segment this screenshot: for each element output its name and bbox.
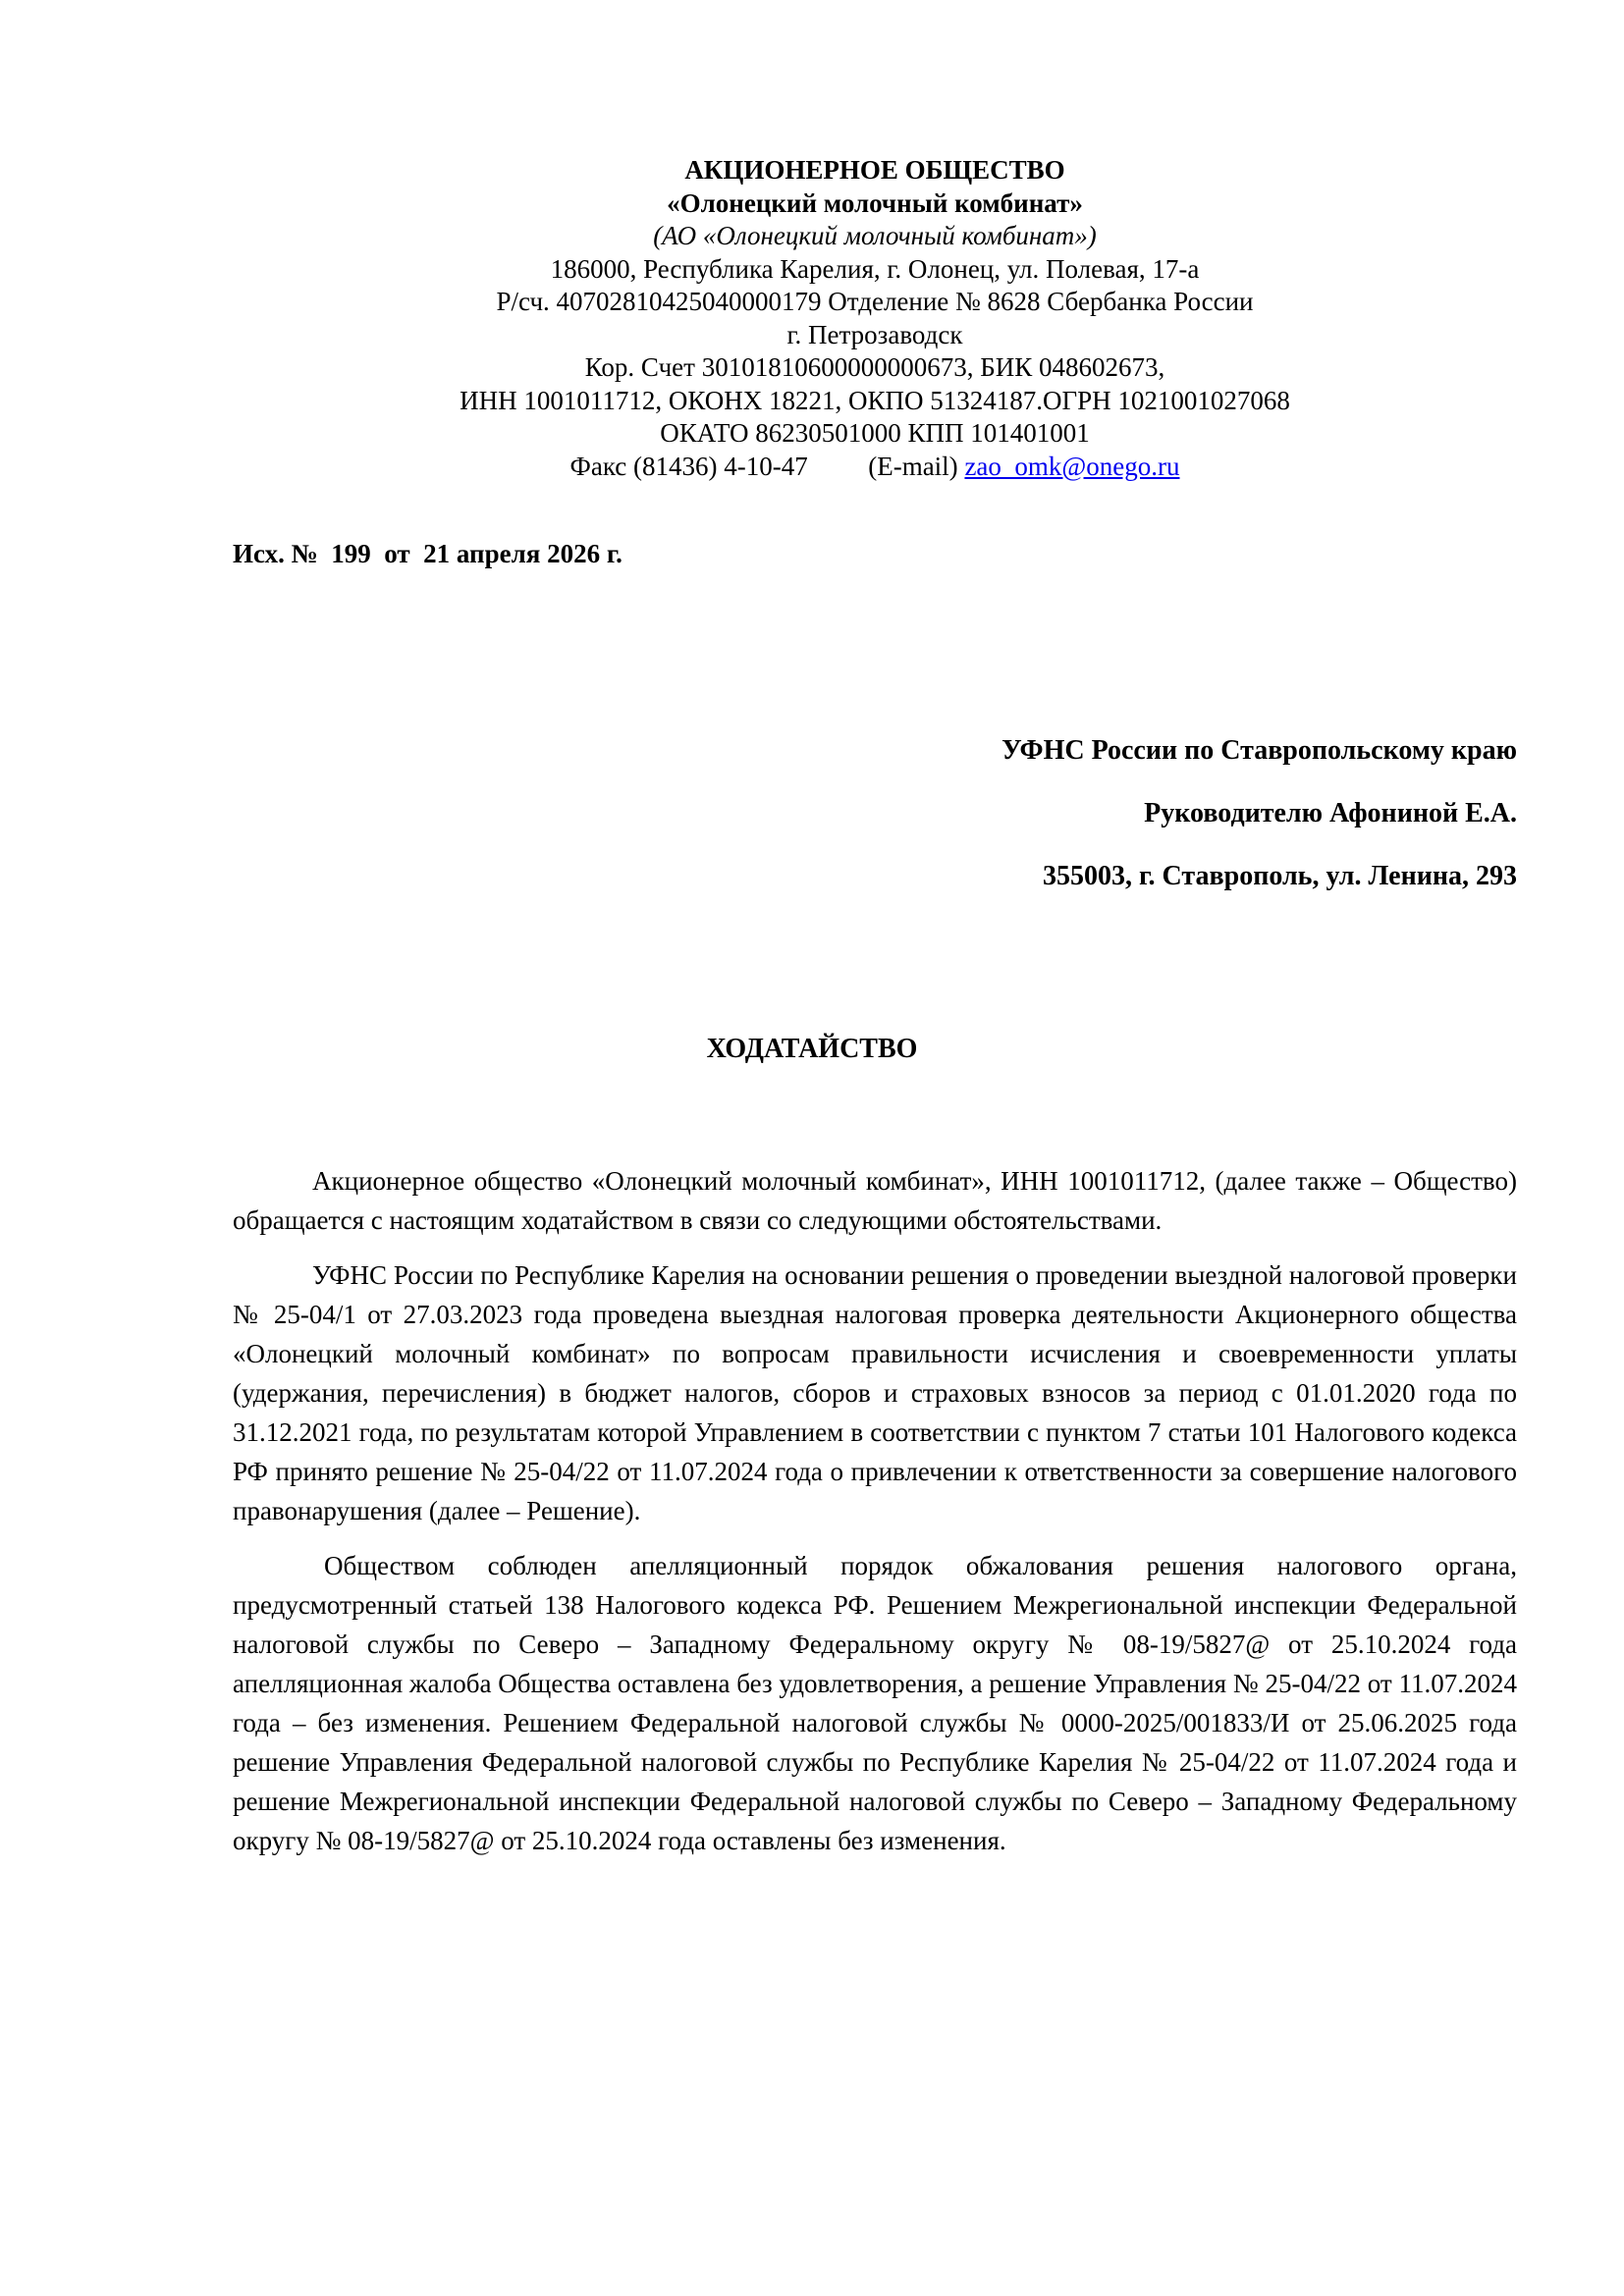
recipient-address: 355003, г. Ставрополь, ул. Ленина, 293: [1001, 845, 1517, 908]
org-address: 186000, Республика Карелия, г. Олонец, у…: [233, 253, 1517, 287]
letterhead: АКЦИОНЕРНОЕ ОБЩЕСТВО «Олонецкий молочный…: [233, 154, 1517, 483]
paragraph: УФНС России по Республике Карелия на осн…: [233, 1255, 1517, 1530]
paragraph: Обществом соблюден апелляционный порядок…: [233, 1546, 1517, 1860]
document-title: ХОДАТАЙСТВО: [0, 1034, 1624, 1065]
contacts: Факс (81436) 4-10-47 (E-mail) zao_omk@on…: [233, 451, 1517, 484]
paragraph: Акционерное общество «Олонецкий молочный…: [233, 1161, 1517, 1240]
fax: Факс (81436) 4-10-47: [570, 452, 808, 481]
bank-city: г. Петрозаводск: [233, 319, 1517, 352]
okato-kpp: ОКАТО 86230501000 КПП 101401001: [233, 417, 1517, 451]
recipient-org: УФНС России по Ставропольскому краю: [1001, 720, 1517, 782]
recipient-person: Руководителю Афониной Е.А.: [1001, 782, 1517, 845]
document-page: АКЦИОНЕРНОЕ ОБЩЕСТВО «Олонецкий молочный…: [0, 0, 1624, 2296]
document-body: Акционерное общество «Олонецкий молочный…: [233, 1161, 1517, 1876]
email-label: (E-mail): [868, 452, 957, 481]
org-name: «Олонецкий молочный комбинат»: [233, 187, 1517, 221]
bank-account: Р/сч. 40702810425040000179 Отделение № 8…: [233, 286, 1517, 319]
org-type: АКЦИОНЕРНОЕ ОБЩЕСТВО: [233, 154, 1517, 187]
email-link[interactable]: zao_omk@onego.ru: [964, 452, 1179, 481]
recipient-block: УФНС России по Ставропольскому краю Руко…: [1001, 720, 1517, 908]
outgoing-number: Исх. № 199 от 21 апреля 2026 г.: [233, 539, 623, 569]
org-short-name: (АО «Олонецкий молочный комбинат»): [233, 220, 1517, 253]
org-codes: ИНН 1001011712, ОКОНХ 18221, ОКПО 513241…: [233, 385, 1517, 418]
corr-account: Кор. Счет 30101810600000000673, БИК 0486…: [233, 351, 1517, 385]
